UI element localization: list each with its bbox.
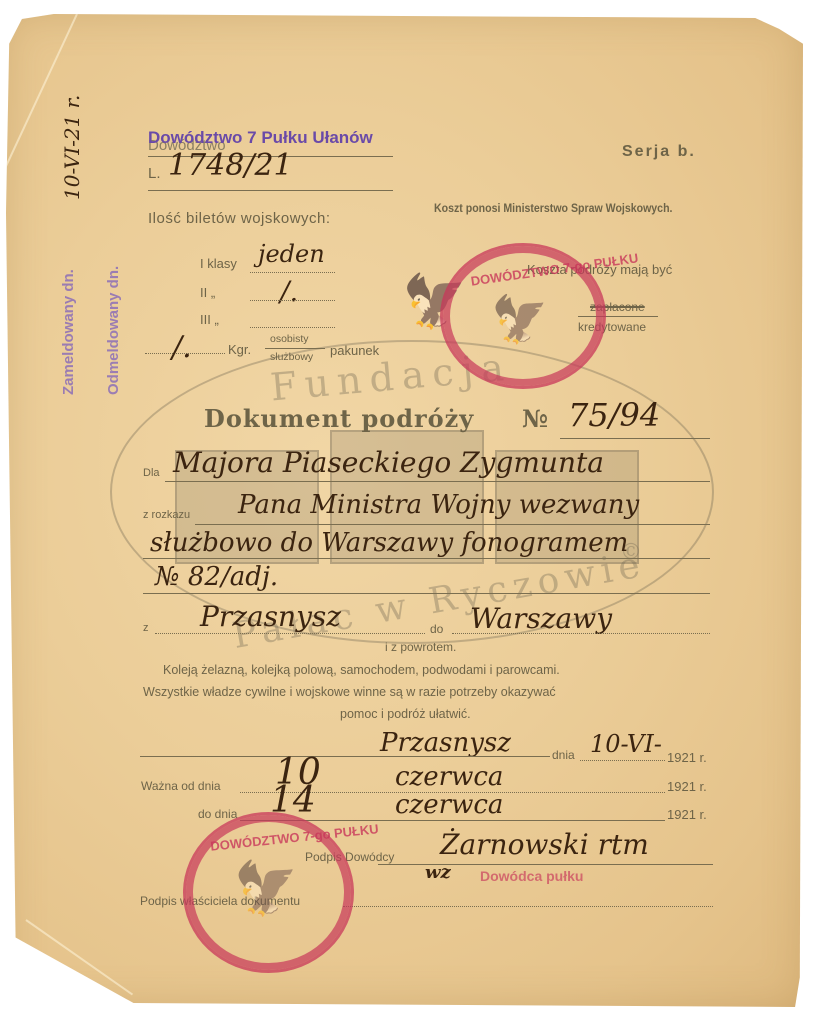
authority-note-1: Wszystkie władze cywilne i wojskowe winn…: [143, 685, 556, 699]
stamp-eagle-icon: 🦅: [232, 850, 300, 930]
to-value: Warszawy: [470, 602, 612, 635]
reference-prefix: L.: [148, 165, 161, 182]
margin-stamp-zameldowany: Zameldowany dn.: [60, 269, 77, 395]
tickets-label: Ilość biletów wojskowych:: [148, 210, 331, 227]
valid-to-year: 1921 r.: [667, 807, 707, 822]
return-note: i z powrotem.: [385, 640, 456, 654]
valid-from-year: 1921 r.: [667, 779, 707, 794]
baggage-label: pakunek: [330, 343, 379, 358]
issue-date-line: [580, 760, 665, 761]
stamp-eagle-icon: 🦅: [490, 285, 550, 355]
baggage-value: /.: [172, 330, 192, 365]
ticket-class-1-value: jeden: [258, 240, 325, 268]
ticket-class-2-label: II „: [200, 285, 215, 300]
issue-place-line: [140, 756, 550, 757]
owner-signature-line: [343, 906, 713, 907]
ticket-class-2-value: /.: [280, 275, 298, 308]
commander-prefix: wz: [425, 862, 451, 883]
order-line-2-rule: [143, 558, 710, 559]
issue-day-label: dnia: [552, 748, 575, 762]
commander-signature: Żarnowski rtm: [440, 828, 649, 861]
order-line-3: № 82/adj.: [155, 562, 278, 592]
baggage-type-bottom: służbowy: [270, 351, 313, 363]
issue-date: 10-VI-: [590, 730, 662, 758]
number-sign: №: [522, 404, 548, 433]
ticket-class-1-label: I klasy: [200, 256, 237, 271]
from-line: [155, 633, 425, 634]
ticket-class-3-line: [250, 327, 335, 328]
ticket-class-2-line: [250, 300, 335, 301]
issue-year: 1921 r.: [667, 750, 707, 765]
to-line: [452, 633, 710, 634]
valid-from-label: Ważna od dnia: [141, 779, 221, 793]
margin-stamp-odmeldowany: Odmeldowany dn.: [105, 266, 122, 395]
document-title: Dokument podróży: [204, 404, 474, 433]
cost-note: Koszt ponosi Ministerstwo Spraw Wojskowy…: [434, 203, 672, 215]
for-label: Dla: [143, 467, 160, 479]
ticket-class-1-line: [250, 272, 335, 273]
ticket-class-3-label: III „: [200, 312, 219, 327]
order-line-2: służbowo do Warszawy fonogramem: [150, 528, 628, 558]
for-line: [165, 481, 710, 482]
valid-from-month: czerwca: [395, 762, 503, 792]
baggage-unit: Kgr.: [228, 342, 251, 357]
reference-number: 1748/21: [168, 148, 293, 183]
authority-note-2: pomoc i podróż ułatwić.: [340, 707, 471, 721]
document-number-line: [560, 438, 710, 439]
issue-place: Przasnysz: [380, 728, 511, 758]
order-line-1-rule: [195, 524, 710, 525]
valid-to-month: czerwca: [395, 790, 503, 820]
commander-rank-stamp: Dowódca pułku: [480, 868, 583, 884]
order-line-1: Pana Ministra Wojny wezwany: [238, 490, 639, 520]
from-value: Przasnysz: [200, 600, 341, 633]
baggage-type-top: osobisty: [270, 333, 309, 345]
order-label: z rozkazu: [143, 509, 190, 521]
for-value: Majora Piaseckiego Zygmunta: [173, 446, 604, 479]
to-label: do: [430, 622, 443, 636]
fold-crease: [25, 919, 133, 995]
series-label: Serja b.: [622, 143, 696, 161]
unit-stamp: Dowództwo 7 Pułku Ułanów: [148, 128, 373, 148]
reference-line: [148, 190, 393, 191]
transport-note: Koleją żelazną, kolejką polową, samochod…: [163, 663, 560, 677]
margin-handwritten-date: 10-VI-21 r.: [60, 95, 84, 200]
from-label: z: [143, 622, 149, 634]
document-number: 75/94: [568, 396, 660, 434]
baggage-fraction-line: [265, 348, 325, 349]
order-line-3-rule: [143, 593, 710, 594]
